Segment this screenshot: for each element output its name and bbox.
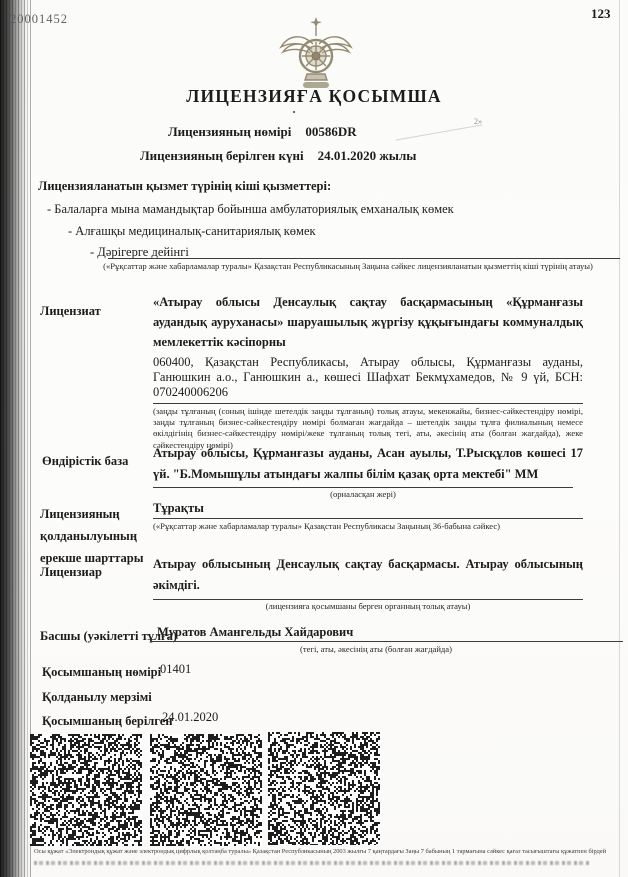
validity-period-label: Қолданылу мерзімі — [42, 686, 152, 708]
scan-scratch-artifact — [396, 124, 483, 140]
license-date-label: Лицензияның берілген күні — [140, 148, 304, 163]
license-number-value: 00586DR — [305, 124, 356, 139]
licensee-name: «Атырау облысы Денсаулық сақтау басқарма… — [153, 292, 583, 352]
page-right-edge-line — [619, 0, 620, 877]
scan-speck-artifact: 2» — [474, 117, 482, 126]
qr-code-3 — [268, 732, 380, 845]
document-title: ЛИЦЕНЗИЯҒА ҚОСЫМША — [0, 86, 628, 107]
subactivity-item: - Алғашқы медициналық-санитариялық көмек — [68, 224, 316, 239]
licensee-label: Лицензиат — [40, 300, 101, 322]
subactivities-footnote: («Рұқсаттар және хабарламалар туралы» Қа… — [88, 261, 608, 272]
special-conditions-footnote: («Рұқсаттар және хабарламалар туралы» Қа… — [153, 521, 583, 532]
licensee-address: 060400, Қазақстан Республикасы, Атырау о… — [153, 355, 583, 400]
licensor-footnote: (лицензияға қосымшаны берген органның то… — [153, 601, 583, 612]
scanned-license-appendix-page: 20001452 123 ЛИЦЕНЗИЯҒА ҚОСЫМША 2» — [0, 0, 628, 877]
scan-edge-artifact — [0, 0, 32, 877]
licensor-rule — [153, 599, 583, 600]
head-person-rule — [150, 641, 623, 642]
production-base-label: Өндірістік база — [42, 450, 128, 472]
qr-code-2 — [150, 734, 262, 846]
subactivities-heading: Лицензияланатын қызмет түрінің кіші қызм… — [38, 179, 331, 194]
title-dot-artifact — [293, 111, 295, 113]
scan-number: 20001452 — [10, 12, 68, 27]
special-conditions-block: Тұрақты («Рұқсаттар және хабарламалар ту… — [153, 501, 583, 532]
appendix-issued-label: Қосымшаның берілген — [42, 710, 173, 732]
license-date-value: 24.01.2020 жылы — [318, 148, 417, 163]
license-number-label: Лицензияның нөмірі — [168, 124, 291, 139]
license-number-row: Лицензияның нөмірі00586DR — [168, 124, 357, 140]
licensee-block: «Атырау облысы Денсаулық сақтау басқарма… — [153, 292, 583, 451]
production-base-value: Атырау облысы, Құрманғазы ауданы, Асан а… — [153, 443, 583, 485]
licensor-value: Атырау облысының Денсаулық сақтау басқар… — [153, 554, 583, 596]
license-date-row: Лицензияның берілген күні24.01.2020 жылы — [140, 148, 416, 164]
appendix-number-value: 01401 — [160, 662, 191, 677]
kazakhstan-emblem-icon — [277, 14, 355, 92]
subactivities-rule — [108, 258, 620, 259]
page-number: 123 — [591, 6, 611, 22]
qr-code-1 — [30, 734, 142, 846]
licensor-block: Атырау облысының Денсаулық сақтау басқар… — [153, 554, 583, 612]
production-base-rule — [153, 487, 573, 488]
production-base-block: Атырау облысы, Құрманғазы ауданы, Асан а… — [153, 443, 583, 500]
subactivity-item: - Балаларға мына мамандықтар бойынша амб… — [47, 202, 454, 217]
footer-line2-illegible — [34, 861, 590, 865]
licensee-rule — [153, 403, 583, 404]
footer-legal-text: Осы құжат «Электрондық құжат және электр… — [34, 848, 622, 857]
special-conditions-label: Лицензияның қолданылуының ерекше шарттар… — [40, 503, 165, 569]
head-person-name: Муратов Амангельды Хайдарович — [157, 625, 353, 640]
licensor-label: Лицензиар — [40, 561, 102, 583]
appendix-issued-date: 24.01.2020 — [162, 710, 218, 725]
special-conditions-rule — [153, 518, 583, 519]
special-conditions-value: Тұрақты — [153, 501, 583, 516]
appendix-number-label: Қосымшаның нөмірі — [42, 661, 161, 683]
production-base-footnote: (орналасқан жері) — [153, 489, 573, 500]
head-person-footnote: (тегі, аты, әкесінің аты (болған жағдайд… — [300, 644, 452, 655]
